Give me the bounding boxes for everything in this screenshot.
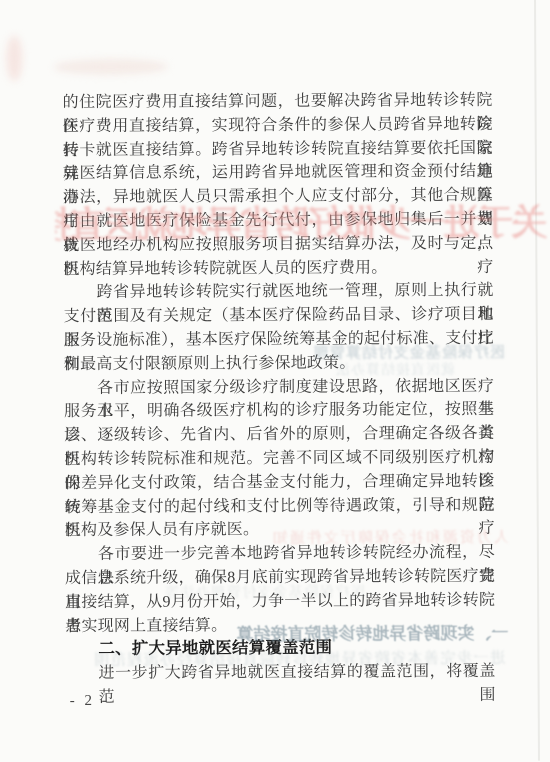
text-line: 成信息系统升级，确保8月底前实现跨省异地转诊转院医疗费用	[65, 565, 495, 591]
text-line: 用由就医地医疗保险基金先行代付，由参保地归集后一并划拨，	[63, 208, 493, 234]
scan-smudge-left	[6, 35, 22, 81]
text-line: 保差异化支付政策，结合基金支付能力，合理确定异地转诊转院	[64, 470, 494, 496]
scanned-document-page: 的住院医疗费用直接结算问题，也要解决跨省异地转诊转院住院医疗费用直接结算，实现符…	[0, 0, 550, 762]
text-line: 支付范围及有关规定（基本医疗保险药品目录、诊疗项目和医疗	[64, 303, 494, 329]
text-line: 持卡就医直接结算。跨省异地转诊转院直接结算要依托国家异地	[63, 136, 493, 162]
text-line: 跨省异地转诊转院实行就医地统一管理，原则上执行就医地	[63, 279, 493, 305]
section-heading: 二、扩大异地就医结算覆盖范围	[65, 636, 495, 662]
scan-smudge-top	[53, 59, 168, 76]
text-line: 诊、逐级转诊、先省内、后省外的原则，合理确定各级各类医疗	[64, 422, 494, 448]
text-line: 医疗费用直接结算，实现符合条件的参保人员跨省异地转诊转院	[63, 113, 493, 139]
text-line: 者实现网上直接结算。	[65, 612, 495, 638]
scan-edge-line	[534, 0, 540, 761]
text-line: 服务水平，明确各级医疗机构的诊疗服务功能定位，按照基层首	[64, 398, 494, 424]
text-line: 直接结算，从9月份开始，力争一半以上的跨省异地转诊转院患	[65, 589, 495, 615]
text-line: 和最高支付限额原则上执行参保地政策。	[64, 351, 494, 377]
text-line: 服务设施标准），基本医疗保险统筹基金的起付标准、支付比例	[64, 327, 494, 353]
text-line: 机构转诊转院标准和规范。完善不同区域不同级别医疗机构的医	[64, 446, 494, 472]
text-line: 各市应按照国家分级诊疗制度建设思路，依据地区医疗卫生	[64, 374, 494, 400]
page-number: - 2 -	[70, 693, 110, 710]
text-line: 的住院医疗费用直接结算问题，也要解决跨省异地转诊转院住院	[62, 89, 492, 115]
text-block: 的住院医疗费用直接结算问题，也要解决跨省异地转诊转院住院医疗费用直接结算，实现符…	[62, 89, 495, 686]
text-line: 办法，异地就医人员只需承担个人应支付部分，其他合规医疗费	[63, 184, 493, 210]
text-line: 就医地经办机构应按照服务项目据实结算办法，及时与定点医疗	[63, 232, 493, 258]
text-line: 进一步扩大跨省异地就医直接结算的覆盖范围，将覆盖范围	[65, 660, 495, 686]
text-line: 统筹基金支付的起付线和支付比例等待遇政策，引导和规范医疗	[65, 493, 495, 519]
text-line: 就医结算信息系统，运用跨省异地就医管理和资金预付结算清算	[63, 160, 493, 186]
text-line: 各市要进一步完善本地跨省异地转诊转院经办流程，尽快完	[65, 541, 495, 567]
